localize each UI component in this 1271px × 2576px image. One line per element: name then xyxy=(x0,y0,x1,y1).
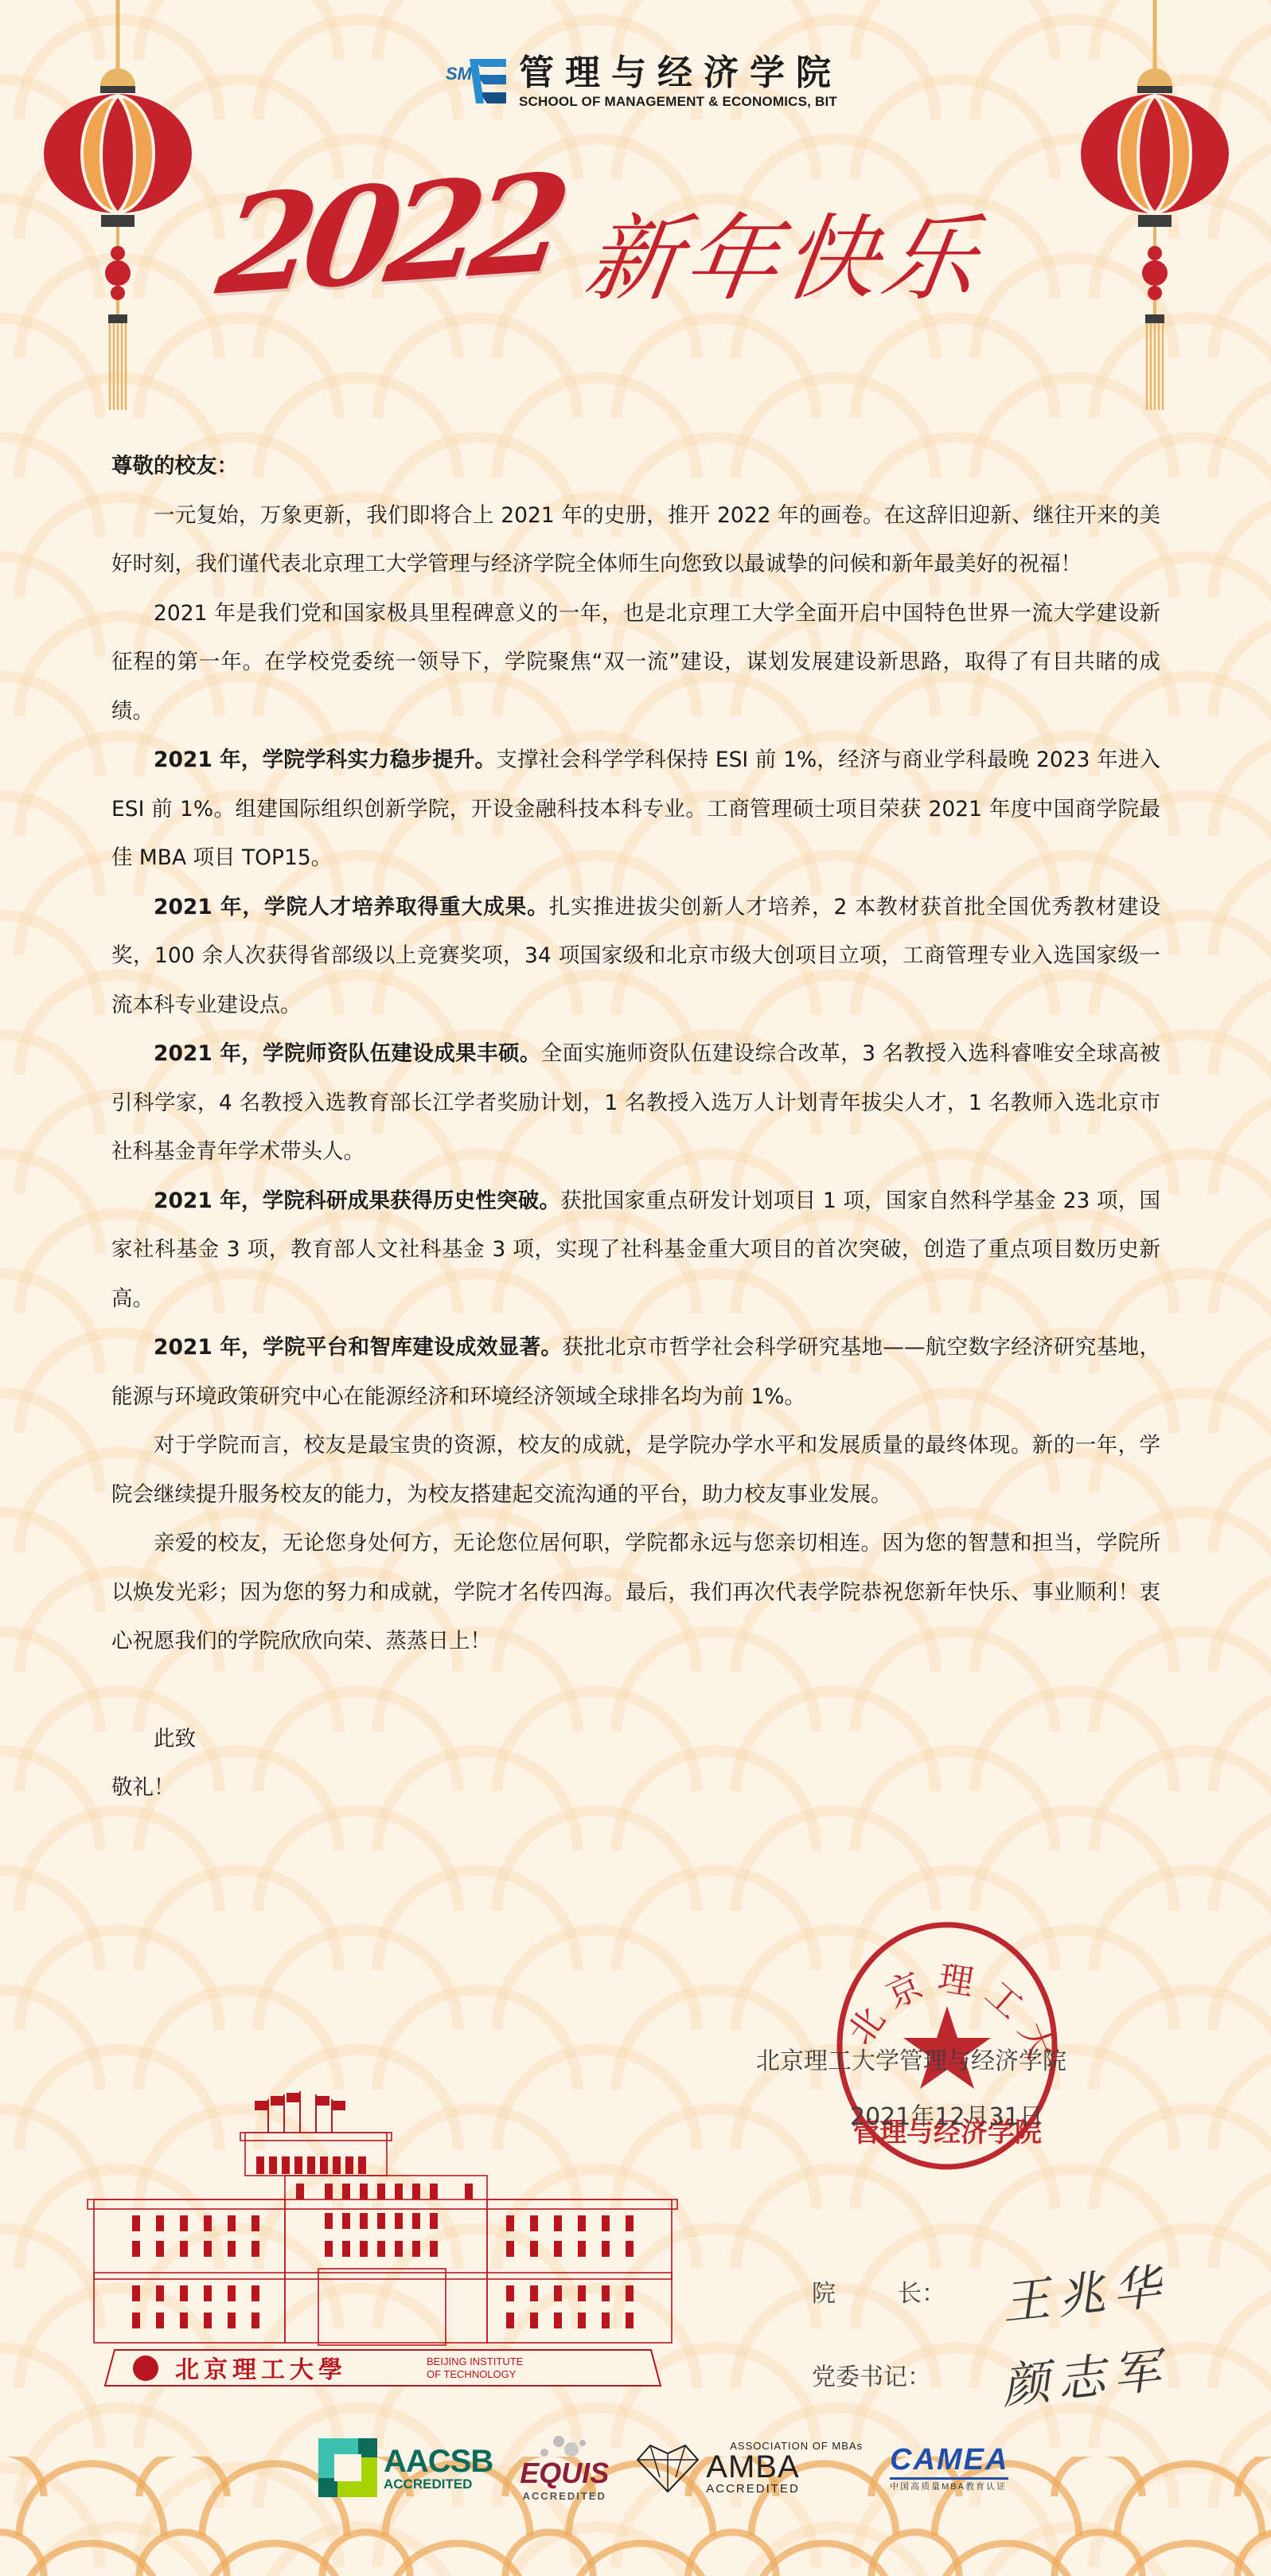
lantern-right-icon xyxy=(1075,0,1234,414)
paragraph-milestone: 2021 年是我们党和国家极具里程碑意义的一年，也是北京理工大学全面开启中国特色… xyxy=(111,589,1160,736)
camea-name: CAMEA xyxy=(890,2445,1008,2480)
signer-title: 党委书记： xyxy=(812,2357,945,2392)
paragraph-text: 一元复始，万象更新，我们即将合上 2021 年的史册，推开 2022 年的画卷。… xyxy=(111,503,1160,577)
paragraph-platform: 2021 年，学院平台和智库建设成效显著。获批北京市哲学社会科学研究基地——航空… xyxy=(111,1323,1160,1421)
signature-secretary: 颜志军 xyxy=(998,2332,1172,2417)
salutation: 尊敬的校友： xyxy=(111,442,1160,491)
paragraph-text: 2021 年是我们党和国家极具里程碑意义的一年，也是北京理工大学全面开启中国特色… xyxy=(111,601,1160,724)
amba-sub: ACCREDITED xyxy=(706,2483,863,2495)
equis-globe-icon xyxy=(536,2435,592,2459)
university-name-cn: 北京理工大學 xyxy=(175,2356,347,2384)
accreditation-logos: AACSB ACCREDITED EQUIS ACCREDITED ASSOCI… xyxy=(318,2428,1008,2508)
headline-greeting: 新年快乐 xyxy=(579,199,990,318)
paragraph-talent: 2021 年，学院人才培养取得重大成果。扎实推进拔尖创新人才培养，2 本教材获首… xyxy=(111,883,1160,1030)
closing-line-1: 此致 xyxy=(111,1715,1160,1764)
school-logo: SM 管理与经济学院 SCHOOL OF MANAGEMENT & ECONOM… xyxy=(446,53,842,110)
lantern-left-icon xyxy=(38,0,197,414)
accreditation-camea: CAMEA 中国高质量MBA教育认证 xyxy=(890,2445,1008,2492)
paragraph-lead: 2021 年，学院平台和智库建设成效显著。 xyxy=(154,1335,562,1360)
signing-date: 2021年12月31日 xyxy=(850,2102,1043,2133)
bit-emblem-icon xyxy=(133,2355,158,2381)
paragraph-lead: 2021 年，学院人才培养取得重大成果。 xyxy=(154,895,549,919)
closing: 此致 敬礼！ xyxy=(111,1715,1160,1813)
equis-name: EQUIS xyxy=(520,2459,609,2488)
aacsb-logo-icon xyxy=(318,2438,377,2497)
official-seal-icon: 北京理工大学 管理与经济学院 xyxy=(828,1911,1066,2173)
signer-dean: 院 长： 王兆华 xyxy=(812,2257,1168,2325)
paragraph-lead: 2021 年，学院科研成果获得历史性突破。 xyxy=(154,1188,560,1213)
camea-sub: 中国高质量MBA教育认证 xyxy=(890,2483,1008,2492)
headline: 2022 新年快乐 xyxy=(223,167,981,302)
paragraph-text: 亲爱的校友，无论您身处何方，无论您位居何职，学院都永远与您亲切相连。因为您的智慧… xyxy=(111,1531,1160,1653)
signing-organization: 北京理工大学管理与经济学院 xyxy=(756,2046,1066,2078)
school-name-cn: 管理与经济学院 xyxy=(519,53,842,94)
school-name-en: SCHOOL OF MANAGEMENT & ECONOMICS, BIT xyxy=(519,94,842,110)
signer-title-part: 长： xyxy=(898,2274,945,2309)
accreditation-aacsb: AACSB ACCREDITED xyxy=(318,2438,493,2497)
equis-sub: ACCREDITED xyxy=(523,2491,606,2501)
signer-title-part: 院 xyxy=(812,2274,836,2309)
university-name-en-1: BEIJING INSTITUTE xyxy=(427,2355,524,2367)
university-name-en-2: OF TECHNOLOGY xyxy=(427,2368,517,2380)
headline-year: 2022 xyxy=(211,156,567,314)
paragraph-lead: 2021 年，学院学科实力稳步提升。 xyxy=(154,747,496,772)
accreditation-equis: EQUIS ACCREDITED xyxy=(520,2435,609,2501)
paragraph-wishes: 亲爱的校友，无论您身处何方，无论您位居何职，学院都永远与您亲切相连。因为您的智慧… xyxy=(111,1519,1160,1666)
aacsb-sub: ACCREDITED xyxy=(384,2477,493,2491)
paragraph-alumni: 对于学院而言，校友是最宝贵的资源，校友的成就，是学院办学水平和发展质量的最终体现… xyxy=(111,1421,1160,1519)
sme-logo-icon: SM xyxy=(446,56,506,107)
accreditation-amba: ASSOCIATION OF MBAs AMBA ACCREDITED xyxy=(636,2441,863,2495)
signer-title-part: 党委书记： xyxy=(812,2357,931,2392)
signer-secretary: 党委书记： 颜志军 xyxy=(812,2340,1168,2409)
paragraph-faculty: 2021 年，学院师资队伍建设成果丰硕。全面实施师资队伍建设综合改革，3 名教授… xyxy=(111,1029,1160,1177)
closing-line-2: 敬礼！ xyxy=(111,1763,1160,1813)
paragraph-opening: 一元复始，万象更新，我们即将合上 2021 年的史册，推开 2022 年的画卷。… xyxy=(111,491,1160,589)
amba-diamond-icon xyxy=(636,2442,700,2493)
paragraph-lead: 2021 年，学院师资队伍建设成果丰硕。 xyxy=(154,1041,541,1066)
amba-name: AMBA xyxy=(706,2451,863,2483)
paragraph-text: 对于学院而言，校友是最宝贵的资源，校友的成就，是学院办学水平和发展质量的最终体现… xyxy=(111,1433,1160,1507)
svg-text:SM: SM xyxy=(446,64,473,84)
aacsb-name: AACSB xyxy=(384,2445,493,2477)
university-building-illustration: 北京理工大學 BEIJING INSTITUTE OF TECHNOLOGY xyxy=(86,2090,679,2388)
signer-title: 院 长： xyxy=(812,2274,945,2309)
letter-body: 尊敬的校友： 一元复始，万象更新，我们即将合上 2021 年的史册，推开 202… xyxy=(111,442,1160,1813)
paragraph-discipline: 2021 年，学院学科实力稳步提升。支撑社会科学学科保持 ESI 前 1%，经济… xyxy=(111,736,1160,883)
paragraph-research: 2021 年，学院科研成果获得历史性突破。获批国家重点研发计划项目 1 项，国家… xyxy=(111,1177,1160,1324)
signature-dean: 王兆华 xyxy=(998,2248,1172,2333)
